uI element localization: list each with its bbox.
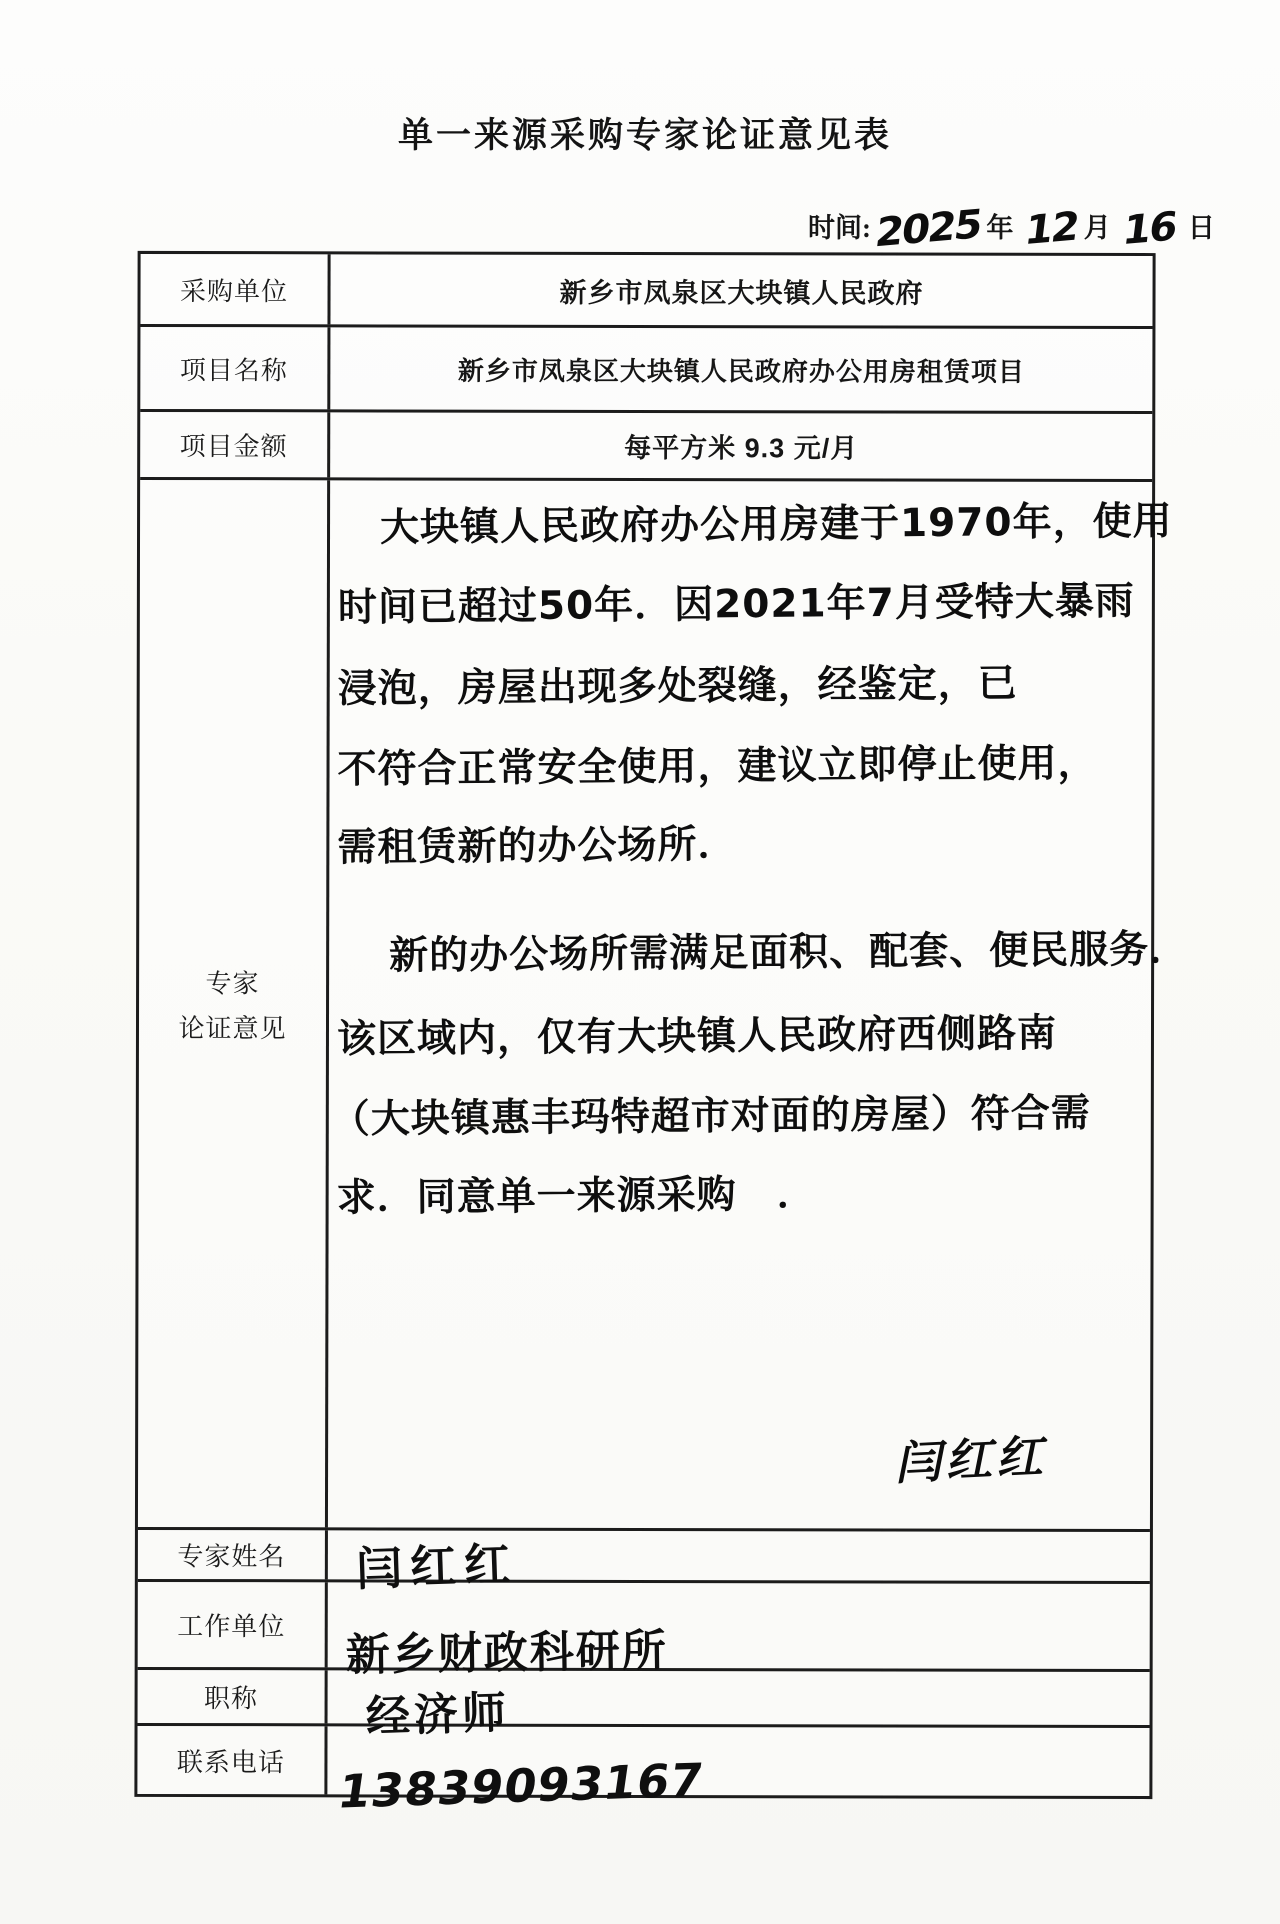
opinion-line-5: 需租赁新的办公场所． [337, 825, 737, 867]
project-amount-value: 每平方米 9.3 元/月 [330, 412, 1152, 479]
opinion-line-4: 不符合正常安全使用，建议立即停止使用， [337, 744, 1097, 789]
expert-opinion-label-line2: 论证意见 [178, 1008, 286, 1045]
phone-value: 13839093167 [327, 1726, 1149, 1796]
form-title: 单一来源采购专家论证意见表 [136, 108, 1154, 158]
date-month-handwritten: 12 [1016, 206, 1086, 251]
row-phone: 联系电话 13839093167 [137, 1726, 1149, 1796]
scanned-form-page: 单一来源采购专家论证意见表 时间:2025年 12月 16 日 采购单位 新乡市… [0, 0, 1280, 1924]
expert-signature-handwritten: 闫红红 [893, 1420, 1058, 1493]
date-month-unit: 月 [1084, 213, 1111, 243]
row-project-name: 项目名称 新乡市凤泉区大块镇人民政府办公用房租赁项目 [140, 327, 1152, 414]
work-unit-value: 新乡财政科研所 [328, 1582, 1150, 1669]
expert-name-value: 闫红红 [328, 1530, 1150, 1581]
row-job-title: 职称 经济师 [138, 1670, 1150, 1728]
expert-name-label: 专家姓名 [138, 1530, 328, 1579]
row-expert-opinion: 专家 论证意见 大块镇人民政府办公用房建于1970年，使用 时间已超过50年．因… [138, 480, 1152, 1532]
project-name-value: 新乡市凤泉区大块镇人民政府办公用房租赁项目 [330, 327, 1152, 411]
project-name-label: 项目名称 [140, 327, 330, 409]
opinion-line-3: 浸泡，房屋出现多处裂缝，经鉴定，已 [338, 664, 1018, 709]
opinion-line-1: 大块镇人民政府办公用房建于1970年，使用 [380, 502, 1173, 548]
date-day-unit: 日 [1188, 213, 1215, 243]
row-project-amount: 项目金额 每平方米 9.3 元/月 [140, 412, 1152, 482]
row-expert-name: 专家姓名 闫红红 [138, 1530, 1150, 1584]
expert-opinion-content: 大块镇人民政府办公用房建于1970年，使用 时间已超过50年．因2021年7月受… [328, 480, 1152, 1529]
phone-label: 联系电话 [137, 1726, 327, 1794]
work-unit-label: 工作单位 [138, 1582, 328, 1667]
row-purchaser: 采购单位 新乡市凤泉区大块镇人民政府 [140, 254, 1152, 329]
date-year-unit: 年 [986, 213, 1013, 243]
date-line: 时间:2025年 12月 16 日 [808, 204, 1228, 256]
opinion-line-7: 该区域内，仅有大块镇人民政府西侧路南 [337, 1014, 1057, 1059]
opinion-line-8: （大块镇惠丰玛特超市对面的房屋）符合需 [331, 1094, 1091, 1139]
opinion-line-9: 求．同意单一来源采购 ． [336, 1175, 816, 1218]
project-amount-label: 项目金额 [140, 412, 330, 477]
opinion-line-6: 新的办公场所需满足面积、配套、便民服务． [389, 930, 1189, 976]
form-table: 采购单位 新乡市凤泉区大块镇人民政府 项目名称 新乡市凤泉区大块镇人民政府办公用… [134, 251, 1155, 1799]
purchaser-label: 采购单位 [140, 254, 330, 324]
expert-opinion-label: 专家 论证意见 [138, 480, 330, 1527]
date-day-handwritten: 16 [1114, 206, 1184, 251]
purchaser-value: 新乡市凤泉区大块镇人民政府 [330, 254, 1152, 326]
job-title-label: 职称 [138, 1670, 328, 1723]
row-work-unit: 工作单位 新乡财政科研所 [138, 1582, 1150, 1672]
opinion-line-2: 时间已超过50年．因2021年7月受特大暴雨 [338, 582, 1135, 628]
expert-opinion-label-line1: 专家 [206, 963, 260, 1000]
date-year-handwritten: 2025 [867, 204, 989, 254]
date-prefix-label: 时间: [808, 213, 871, 243]
phone-handwritten: 13839093167 [335, 1757, 707, 1815]
job-title-value: 经济师 [328, 1670, 1150, 1725]
